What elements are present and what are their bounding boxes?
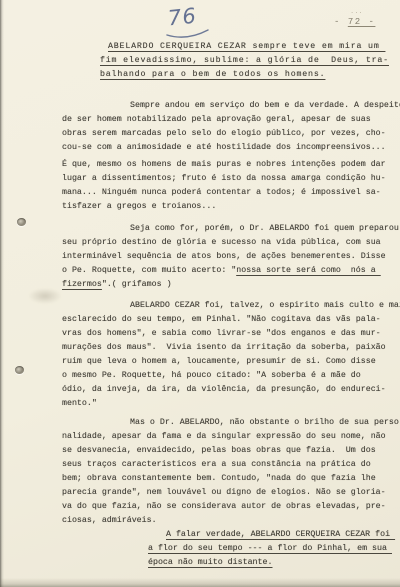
text-line: parecia grande", nem louvável ou digno d… — [62, 486, 400, 500]
text-line: A falar verdade, ABELARDO CERQUEIRA CEZA… — [148, 528, 400, 542]
text-segment: tisfazer a gregos e troianos... — [62, 202, 216, 211]
underlined-text-segment: fizermos — [62, 280, 102, 289]
text-line: ruim que leva o homem a, loucamente, pre… — [62, 355, 400, 369]
text-segment: ".( grifamos ) — [102, 280, 172, 289]
text-segment: murações dos maus". Vivia isento da irri… — [62, 343, 386, 352]
text-segment: Mas o Dr. ABELARDO, não obstante o brilh… — [130, 418, 400, 427]
paragraph-body-5: Mas o Dr. ABELARDO, não obstante o brilh… — [62, 416, 400, 528]
paragraph-body-1: Sempre andou em serviço do bem e da verd… — [62, 99, 400, 155]
paragraph-closing: A falar verdade, ABELARDO CERQUEIRA CEZA… — [62, 528, 400, 570]
text-line: mana... Ninguém nunca poderá contentar a… — [62, 186, 400, 200]
text-segment: obras serem marcadas pelo selo do elogio… — [62, 129, 386, 138]
text-segment: Seja como for, porém, o Dr. ABELARDO foi… — [130, 224, 399, 233]
text-line: de ser homem notabilizado pela aprovação… — [62, 113, 400, 127]
text-segment: vras dos homens", e sabia como livrar-se… — [62, 329, 381, 338]
text-segment: ciosas, admiráveis. — [62, 516, 157, 525]
text-line: Seja como for, porém, o Dr. ABELARDO foi… — [62, 222, 400, 236]
text-line: ABELARDO CEZAR foi, talvez, o espirito m… — [62, 299, 400, 313]
text-line: ciosas, admiráveis. — [62, 514, 400, 528]
text-segment: parecia grande", nem louvável ou digno d… — [62, 488, 386, 497]
text-line: se desvanecia, envaidecido, pelas boas o… — [62, 444, 400, 458]
paragraph-intro: ABELARDO CERQUEIRA CEZAR sempre teve em … — [62, 40, 400, 82]
text-line: a flor do seu tempo --- a flor do Pinhal… — [148, 542, 400, 556]
text-line: cou-se com a animosidade e até hostilida… — [62, 141, 400, 155]
text-line: murações dos maus". Vivia isento da irri… — [62, 341, 400, 355]
text-line: esclarecido do seu tempo, em Pinhal. "Nã… — [62, 313, 400, 327]
underlined-text-segment: fim elevadissimo, sublime: a glória de D… — [100, 56, 389, 65]
text-line: o Pe. Roquette, com muito acerto: "nossa… — [62, 264, 400, 278]
underlined-text-segment: balhando para o bem de todos os homens. — [100, 70, 325, 79]
text-line: ABELARDO CERQUEIRA CEZAR sempre teve em … — [100, 40, 400, 54]
text-line: tisfazer a gregos e troianos... — [62, 200, 400, 214]
text-segment: esclarecido do seu tempo, em Pinhal. "Nã… — [62, 315, 381, 324]
text-segment: va do que fazia, não se considerava auto… — [62, 502, 386, 511]
text-line: nalidade, apesar da fama e da singular e… — [62, 430, 400, 444]
underlined-text-segment: nossa sorte será como nós a — [236, 266, 380, 275]
text-segment: mento." — [62, 399, 97, 408]
text-segment: É que, mesmo os homens de mais puras e n… — [62, 160, 386, 169]
text-segment: seus traços caracteristicos era a sua co… — [62, 460, 371, 469]
text-segment: cou-se com a animosidade e até hostilida… — [62, 143, 386, 152]
text-line: lugar a dissentimentos; fruto é isto da … — [62, 172, 400, 186]
text-segment: ódio, da inveja, da ira, da violência, d… — [62, 385, 386, 394]
paragraph-body-4: ABELARDO CEZAR foi, talvez, o espirito m… — [62, 299, 400, 411]
text-line: seus traços caracteristicos era a sua co… — [62, 458, 400, 472]
text-line: fim elevadissimo, sublime: a glória de D… — [100, 54, 400, 68]
text-line: o mesmo Pe. Roquette, há pouco citado: "… — [62, 369, 400, 383]
text-segment: o mesmo Pe. Roquette, há pouco citado: "… — [62, 371, 361, 380]
text-segment: ruim que leva o homem a, loucamente, pre… — [62, 357, 376, 366]
document-body: ABELARDO CERQUEIRA CEZAR sempre teve em … — [0, 0, 400, 570]
text-segment: de ser homem notabilizado pela aprovação… — [62, 115, 371, 124]
text-segment: Sempre andou em serviço do bem e da verd… — [130, 101, 400, 110]
paragraph-body-3: Seja como for, porém, o Dr. ABELARDO foi… — [62, 222, 400, 292]
text-segment: nalidade, apesar da fama e da singular e… — [62, 432, 386, 441]
text-line: Mas o Dr. ABELARDO, não obstante o brilh… — [62, 416, 400, 430]
text-line: É que, mesmo os homens de mais puras e n… — [62, 158, 400, 172]
text-segment: bem; obrava constantemente bem. Contudo,… — [62, 474, 376, 483]
scanned-document-page: 76 ··· - 72 - ABELARDO CERQUEIRA CEZAR s… — [0, 0, 400, 587]
text-line: interminável sequência de atos bons, de … — [62, 250, 400, 264]
underlined-text-segment: época não muito distante. — [148, 558, 272, 567]
underlined-text-segment: ABELARDO CERQUEIRA CEZAR sempre teve em … — [108, 42, 385, 51]
text-line: va do que fazia, não se considerava auto… — [62, 500, 400, 514]
underlined-text-segment: A falar verdade, ABELARDO CERQUEIRA CEZA… — [166, 530, 395, 539]
paper-bottom-shadow — [0, 578, 400, 587]
text-segment: ABELARDO CEZAR foi, talvez, o espirito m… — [130, 301, 400, 310]
text-segment: mana... Ninguém nunca poderá contentar a… — [62, 188, 381, 197]
text-line: época não muito distante. — [148, 556, 400, 570]
text-line: Sempre andou em serviço do bem e da verd… — [62, 99, 400, 113]
text-line: vras dos homens", e sabia como livrar-se… — [62, 327, 400, 341]
text-segment: seu próprio destino de glória e sucesso … — [62, 238, 381, 247]
underlined-text-segment: a flor do seu tempo --- a flor do Pinhal… — [148, 544, 392, 553]
text-line: fizermos".( grifamos ) — [62, 278, 400, 292]
text-segment: lugar a dissentimentos; fruto é isto da … — [62, 174, 386, 183]
text-line: ódio, da inveja, da ira, da violência, d… — [62, 383, 400, 397]
text-segment: se desvanecia, envaidecido, pelas boas o… — [62, 446, 376, 455]
text-line: obras serem marcadas pelo selo do elogio… — [62, 127, 400, 141]
text-line: mento." — [62, 397, 400, 411]
text-segment: interminável sequência de atos bons, de … — [62, 252, 386, 261]
text-line: bem; obrava constantemente bem. Contudo,… — [62, 472, 400, 486]
text-line: balhando para o bem de todos os homens. — [100, 68, 400, 82]
text-segment: o Pe. Roquette, com muito acerto: " — [62, 266, 236, 275]
paragraph-body-2: É que, mesmo os homens de mais puras e n… — [62, 158, 400, 214]
text-line: seu próprio destino de glória e sucesso … — [62, 236, 400, 250]
